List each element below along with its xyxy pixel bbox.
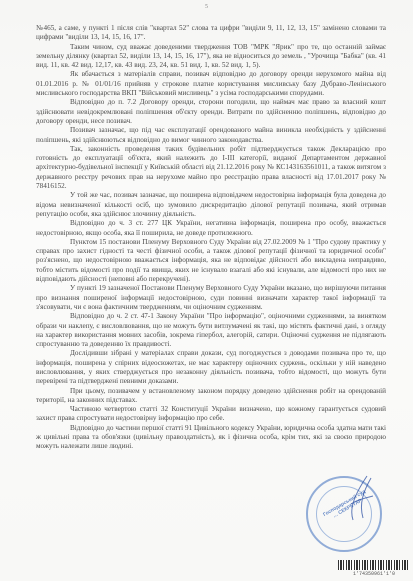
barcode-caption: 1'74350961'1'0 <box>338 571 410 577</box>
paragraph: Пунктом 15 постанови Пленуму Верховного … <box>36 238 386 284</box>
paragraph: Відповідно до частини першої статті 91 Ц… <box>36 424 386 452</box>
paragraph: Частиною четвертою статті 32 Конституції… <box>36 405 386 424</box>
paragraph: Відповідно до ч. 2 ст. 47-1 Закону Украї… <box>36 312 386 349</box>
paragraph: Дослідивши зібрані у матеріалах справи д… <box>36 349 386 386</box>
paragraph: Так, законність проведення таких будівел… <box>36 145 386 191</box>
document-page: 5 №465, а саме, у пункті 1 після слів "к… <box>0 0 413 581</box>
paragraph: Таким чином, суд вважає доведеними тверд… <box>36 43 386 71</box>
paragraph: №465, а саме, у пункті 1 після слів "ква… <box>36 24 386 43</box>
document-body: №465, а саме, у пункті 1 після слів "ква… <box>36 24 386 452</box>
paragraph: У той же час, позивач зазначає, що пошир… <box>36 191 386 219</box>
paragraph: Відповідно до п. 7.2 Договору оренди, ст… <box>36 98 386 126</box>
paragraph: Позивач зазначає, що під час експлуатаці… <box>36 126 386 145</box>
paragraph: При цьому, позивачем у встановленому зак… <box>36 387 386 406</box>
paragraph: У пункті 19 зазначеної Постанови Пленуму… <box>36 284 386 312</box>
signature-icon <box>345 474 375 524</box>
paragraph: Відповідно до ч. 3 ст. 277 ЦК України, н… <box>36 219 386 238</box>
barcode <box>338 560 410 570</box>
paragraph: Як вбачається з матеріалів справи, позив… <box>36 70 386 98</box>
page-number: 5 <box>0 4 413 10</box>
